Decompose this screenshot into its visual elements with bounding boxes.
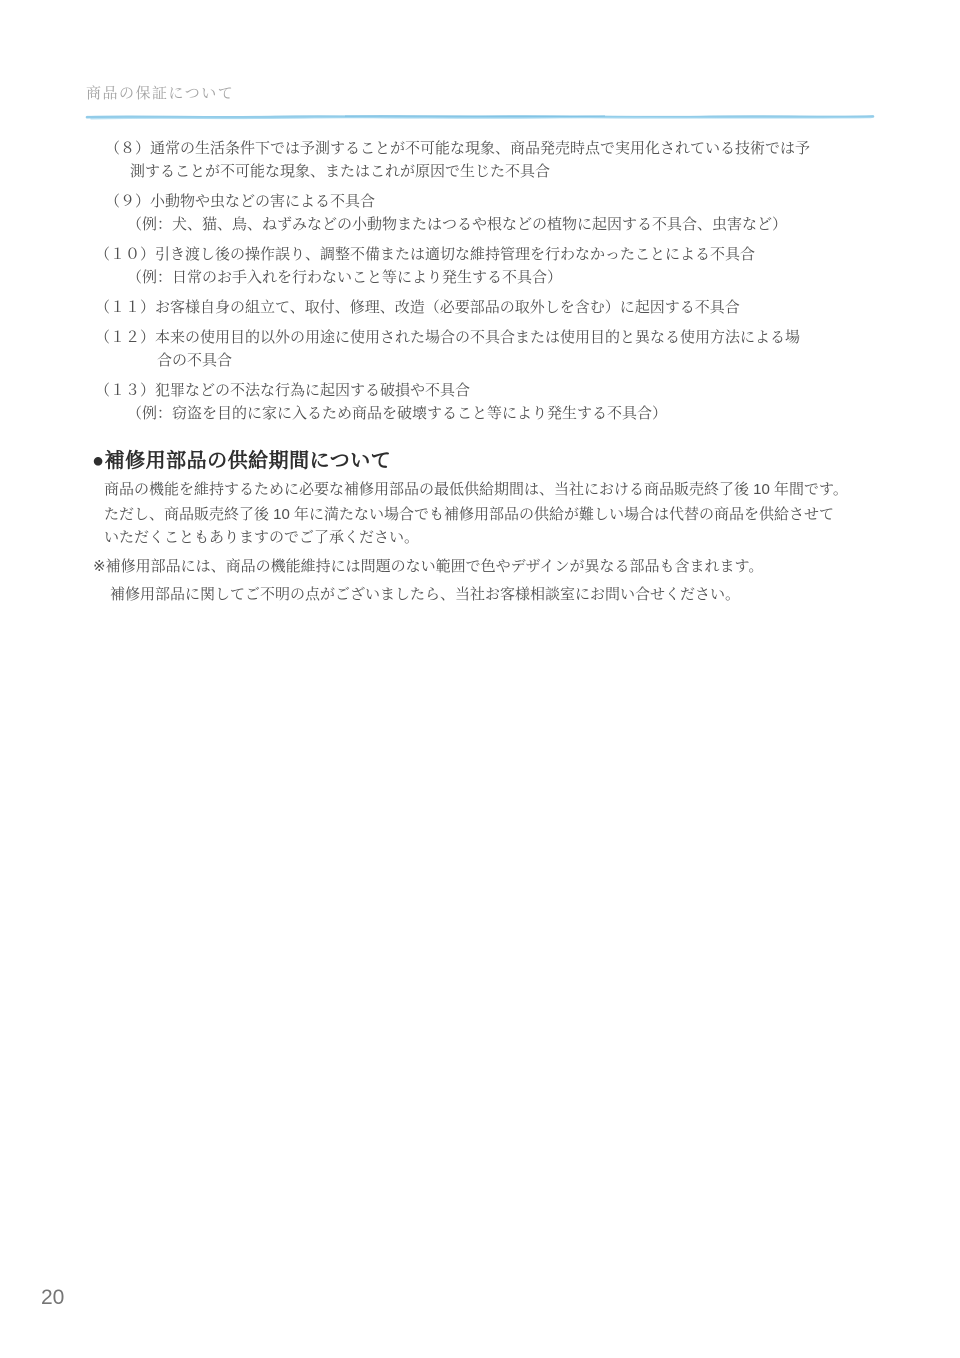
list-item-10: （１０）引き渡し後の操作誤り、調整不備または適切な維持管理を行わなかったことによ… (85, 243, 890, 289)
brush-underline-decoration (85, 109, 875, 119)
paragraph-line: いただくこともありますのでご了承ください。 (85, 526, 895, 549)
warranty-exclusion-list: （８）通常の生活条件下では予測することが不可能な現象、商品発売時点で実用化されて… (85, 137, 890, 432)
list-item-text: （９）小動物や虫などの害による不具合 (85, 190, 890, 213)
list-item-text: （１１）お客様自身の組立て、取付、修理、改造（必要部品の取外しを含む）に起因する… (85, 296, 890, 319)
list-item-8: （８）通常の生活条件下では予測することが不可能な現象、商品発売時点で実用化されて… (85, 137, 890, 183)
list-item-example: （例：犬、猫、鳥、ねずみなどの小動物またはつるや根などの植物に起因する不具合、虫… (85, 213, 890, 236)
page-number: 20 (41, 1286, 64, 1310)
list-item-text: （１２）本来の使用目的以外の用途に使用された場合の不具合または使用目的と異なる使… (85, 326, 890, 349)
note-line: 補修用部品に関してご不明の点がございましたら、当社お客様相談室にお問い合せくださ… (85, 583, 895, 606)
supply-period-paragraphs: 商品の機能を維持するために必要な補修用部品の最低供給期間は、当社における商品販売… (85, 478, 895, 606)
paragraph-line: ただし、商品販売終了後 10 年に満たない場合でも補修用部品の供給が難しい場合は… (85, 503, 895, 526)
section-heading-title: 補修用部品の供給期間について (105, 450, 392, 472)
list-item-12: （１２）本来の使用目的以外の用途に使用された場合の不具合または使用目的と異なる使… (85, 326, 890, 372)
running-header-title: 商品の保証について (86, 82, 234, 103)
list-item-text: （１３）犯罪などの不法な行為に起因する破損や不具合 (85, 379, 890, 402)
list-item-text: 合の不具合 (85, 349, 890, 372)
list-item-text: 測することが不可能な現象、またはこれが原因で生じた不具合 (85, 160, 890, 183)
list-item-13: （１３）犯罪などの不法な行為に起因する破損や不具合 （例：窃盗を目的に家に入るた… (85, 379, 890, 425)
note-line: ※補修用部品には、商品の機能維持には問題のない範囲で色やデザインが異なる部品も含… (85, 555, 895, 578)
list-item-example: （例：窃盗を目的に家に入るため商品を破壊すること等により発生する不具合） (85, 402, 890, 425)
bullet-icon: ● (92, 450, 105, 472)
section-heading: ●補修用部品の供給期間について (92, 444, 391, 473)
document-page: 商品の保証について （８）通常の生活条件下では予測することが不可能な現象、商品発… (0, 0, 960, 1358)
list-item-example: （例：日常のお手入れを行わないこと等により発生する不具合） (85, 266, 890, 289)
brush-underline-svg (85, 112, 875, 122)
paragraph-line: 商品の機能を維持するために必要な補修用部品の最低供給期間は、当社における商品販売… (85, 478, 895, 501)
list-item-9: （９）小動物や虫などの害による不具合 （例：犬、猫、鳥、ねずみなどの小動物または… (85, 190, 890, 236)
list-item-text: （８）通常の生活条件下では予測することが不可能な現象、商品発売時点で実用化されて… (85, 137, 890, 160)
list-item-11: （１１）お客様自身の組立て、取付、修理、改造（必要部品の取外しを含む）に起因する… (85, 296, 890, 319)
list-item-text: （１０）引き渡し後の操作誤り、調整不備または適切な維持管理を行わなかったことによ… (85, 243, 890, 266)
